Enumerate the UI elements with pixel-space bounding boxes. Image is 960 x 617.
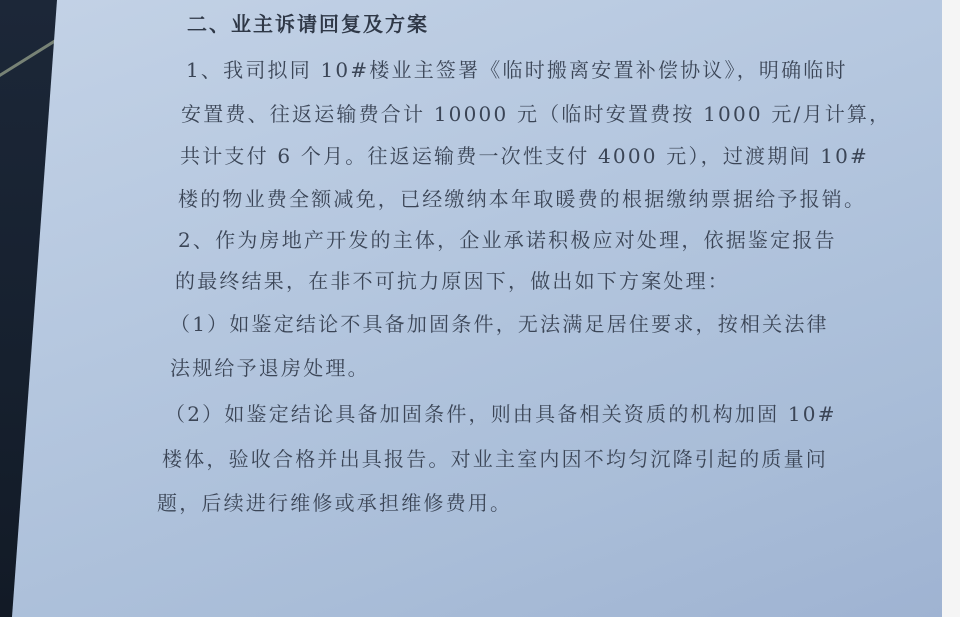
paragraph-line: （1）如鉴定结论不具备加固条件，无法满足居住要求，按相关法律 <box>170 308 829 337</box>
paragraph-line: 2、作为房地产开发的主体，企业承诺积极应对处理，依据鉴定报告 <box>178 224 837 253</box>
paragraph-line: 的最终结果，在非不可抗力原因下，做出如下方案处理： <box>175 265 730 294</box>
paragraph-line: 题，后续进行维修或承担维修费用。 <box>157 487 512 516</box>
paragraph-line: 共计支付 6 个月。往返运输费一次性支付 4000 元），过渡期间 10# <box>180 140 869 169</box>
section-heading: 二、业主诉请回复及方案 <box>187 8 429 37</box>
paragraph-line: 楼的物业费全额减免，已经缴纳本年取暖费的根据缴纳票据给予报销。 <box>178 183 866 212</box>
paragraph-line: 1、我司拟同 10#楼业主签署《临时搬离安置补偿协议》，明确临时 <box>186 54 848 83</box>
paragraph-line: （2）如鉴定结论具备加固条件，则由具备相关资质的机构加固 10# <box>165 398 837 427</box>
margin-strip <box>942 0 960 617</box>
paragraph-line: 法规给予退房处理。 <box>170 352 370 381</box>
paragraph-line: 安置费、往返运输费合计 10000 元（临时安置费按 1000 元/月计算， <box>181 98 891 127</box>
paragraph-line: 楼体，验收合格并出具报告。对业主室内因不均匀沉降引起的质量问 <box>162 443 828 472</box>
